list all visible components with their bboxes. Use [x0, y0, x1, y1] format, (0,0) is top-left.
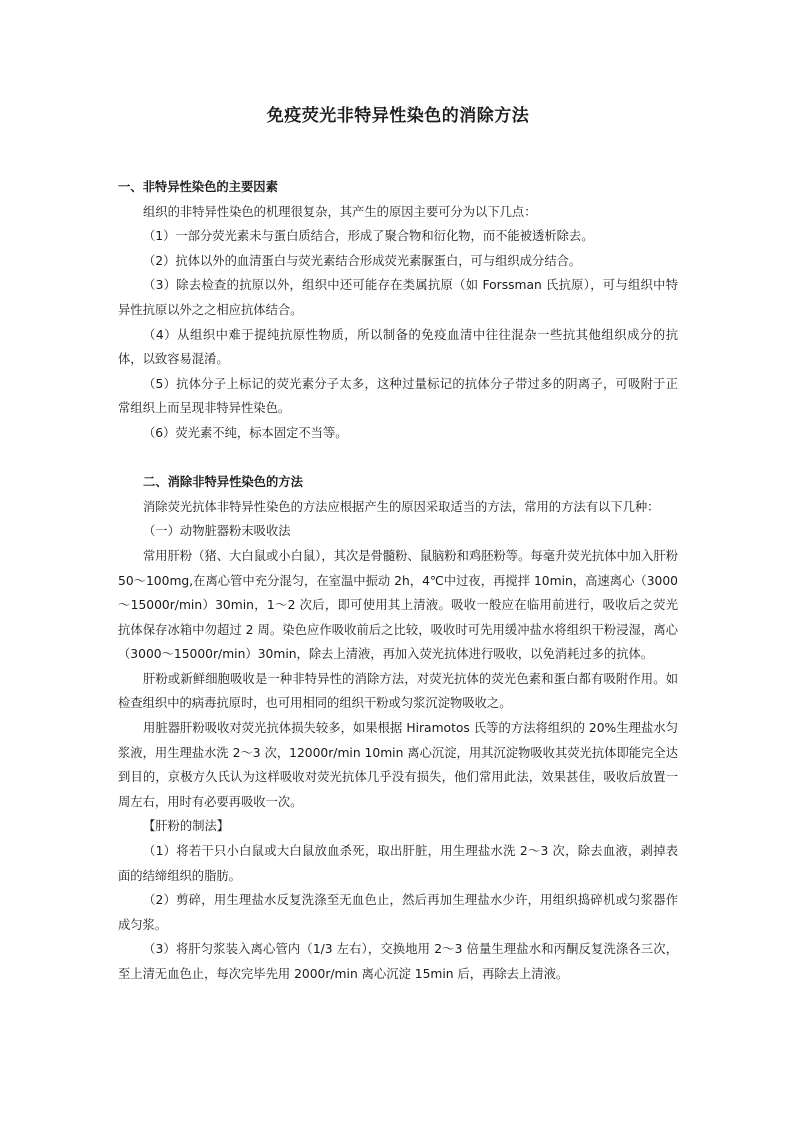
section-1-paragraph: （2）抗体以外的血清蛋白与荧光素结合形成荧光素脲蛋白，可与组织成分结合。 — [118, 249, 678, 274]
section-2-step: （1）将若干只小白鼠或大白鼠放血杀死，取出肝脏，用生理盐水洗 2～3 次，除去血… — [118, 839, 678, 888]
section-1-paragraph: （1）一部分荧光素未与蛋白质结合，形成了聚合物和衍化物，而不能被透析除去。 — [118, 224, 678, 249]
section-2-heading: 二、消除非特异性染色的方法 — [118, 470, 678, 495]
section-2-paragraph: 常用肝粉（猪、大白鼠或小白鼠），其次是骨髓粉、鼠脑粉和鸡胚粉等。每毫升荧光抗体中… — [118, 544, 678, 667]
section-1-paragraph: （3）除去检查的抗原以外，组织中还可能存在类属抗原（如 Forssman 氏抗原… — [118, 273, 678, 322]
section-1-heading: 一、非特异性染色的主要因素 — [118, 175, 678, 200]
section-1-paragraph: 组织的非特异性染色的机理很复杂，其产生的原因主要可分为以下几点： — [118, 200, 678, 225]
section-2-subheading: （一）动物脏器粉末吸收法 — [118, 519, 678, 544]
section-2-paragraph: 消除荧光抗体非特异性染色的方法应根据产生的原因采取适当的方法，常用的方法有以下几… — [118, 495, 678, 520]
section-1-paragraph: （4）从组织中难于提纯抗原性物质，所以制备的免疫血清中往往混杂一些抗其他组织成分… — [118, 323, 678, 372]
liver-powder-method-heading: 【肝粉的制法】 — [118, 814, 678, 839]
section-2-step: （2）剪碎，用生理盐水反复洗涤至无血色止，然后再加生理盐水少许，用组织捣碎机或匀… — [118, 888, 678, 937]
section-2-paragraph: 肝粉或新鲜细胞吸收是一种非特异性的消除方法，对荧光抗体的荧光色素和蛋白都有吸附作… — [118, 667, 678, 716]
section-2-step: （3）将肝匀浆装入离心管内（1/3 左右），交换地用 2～3 倍量生理盐水和丙酮… — [118, 937, 678, 986]
document-body: 一、非特异性染色的主要因素 组织的非特异性染色的机理很复杂，其产生的原因主要可分… — [118, 175, 678, 987]
document-title: 免疫荧光非特异性染色的消除方法 — [118, 104, 678, 128]
section-1-paragraph: （6）荧光素不纯，标本固定不当等。 — [118, 421, 678, 446]
section-2-paragraph: 用脏器肝粉吸收对荧光抗体损失较多，如果根据 Hiramotos 氏等的方法将组织… — [118, 716, 678, 814]
section-1-paragraph: （5）抗体分子上标记的荧光素分子太多，这种过量标记的抗体分子带过多的阴离子，可吸… — [118, 372, 678, 421]
